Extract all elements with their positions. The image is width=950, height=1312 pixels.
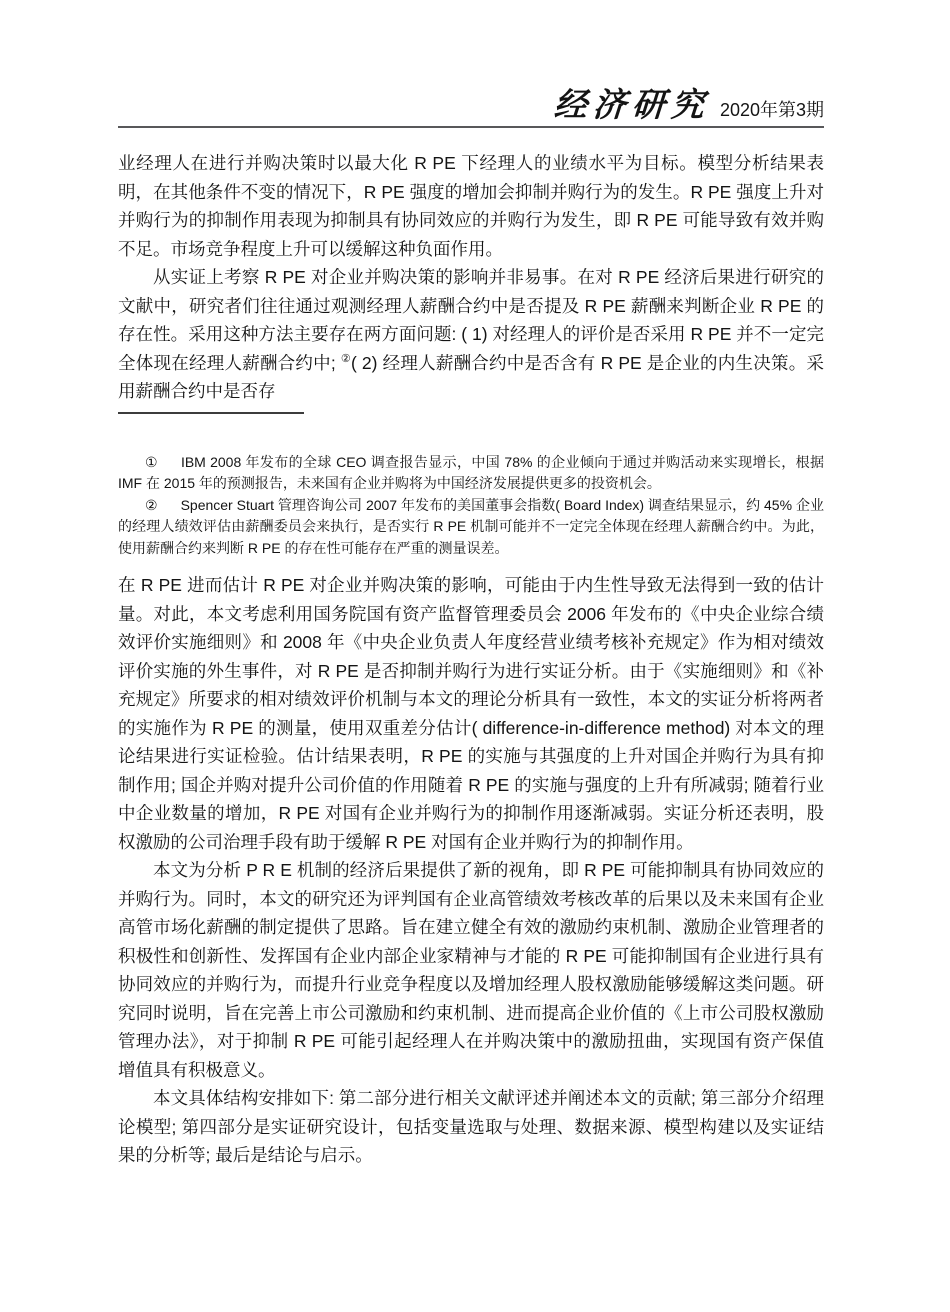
body-paragraph-2: 从实证上考察 R PE 对企业并购决策的影响并非易事。在对 R PE 经济后果进…: [118, 263, 824, 406]
page-content: 经济研究 2020年第3期 业经理人在进行并购决策时以最大化 R PE 下经理人…: [118, 0, 824, 1170]
footnote-1: ①IBM 2008 年发布的全球 CEO 调查报告显示，中国 78% 的企业倾向…: [118, 452, 824, 495]
footnote-separator: [118, 412, 304, 414]
footnote-reference-2: ②: [341, 353, 351, 365]
issue-label: 2020年第3期: [720, 101, 824, 121]
body-paragraph-5: 本文具体结构安排如下: 第二部分进行相关文献评述并阐述本文的贡献; 第三部分介绍…: [118, 1084, 824, 1170]
footnotes-block: ①IBM 2008 年发布的全球 CEO 调查报告显示，中国 78% 的企业倾向…: [118, 452, 824, 560]
footnote-2-text: Spencer Stuart 管理咨询公司 2007 年发布的美国董事会指数( …: [118, 497, 824, 556]
footnote-1-text: IBM 2008 年发布的全球 CEO 调查报告显示，中国 78% 的企业倾向于…: [118, 454, 824, 492]
body-paragraph-1: 业经理人在进行并购决策时以最大化 R PE 下经理人的业绩水平为目标。模型分析结…: [118, 149, 824, 263]
article-body: 业经理人在进行并购决策时以最大化 R PE 下经理人的业绩水平为目标。模型分析结…: [118, 149, 824, 1170]
body-paragraph-4: 本文为分析 P R E 机制的经济后果提供了新的视角，即 R PE 可能抑制具有…: [118, 856, 824, 1084]
footnote-2-marker: ②: [145, 497, 158, 513]
footnote-1-marker: ①: [145, 454, 158, 470]
journal-page: 经济研究 2020年第3期 业经理人在进行并购决策时以最大化 R PE 下经理人…: [0, 0, 950, 1312]
footnote-2: ②Spencer Stuart 管理咨询公司 2007 年发布的美国董事会指数(…: [118, 495, 824, 560]
journal-logo: 经济研究: [553, 88, 711, 121]
header-rule: [118, 126, 824, 128]
body-paragraph-3: 在 R PE 进而估计 R PE 对企业并购决策的影响，可能由于内生性导致无法得…: [118, 571, 824, 856]
page-header: 经济研究 2020年第3期: [118, 0, 824, 121]
